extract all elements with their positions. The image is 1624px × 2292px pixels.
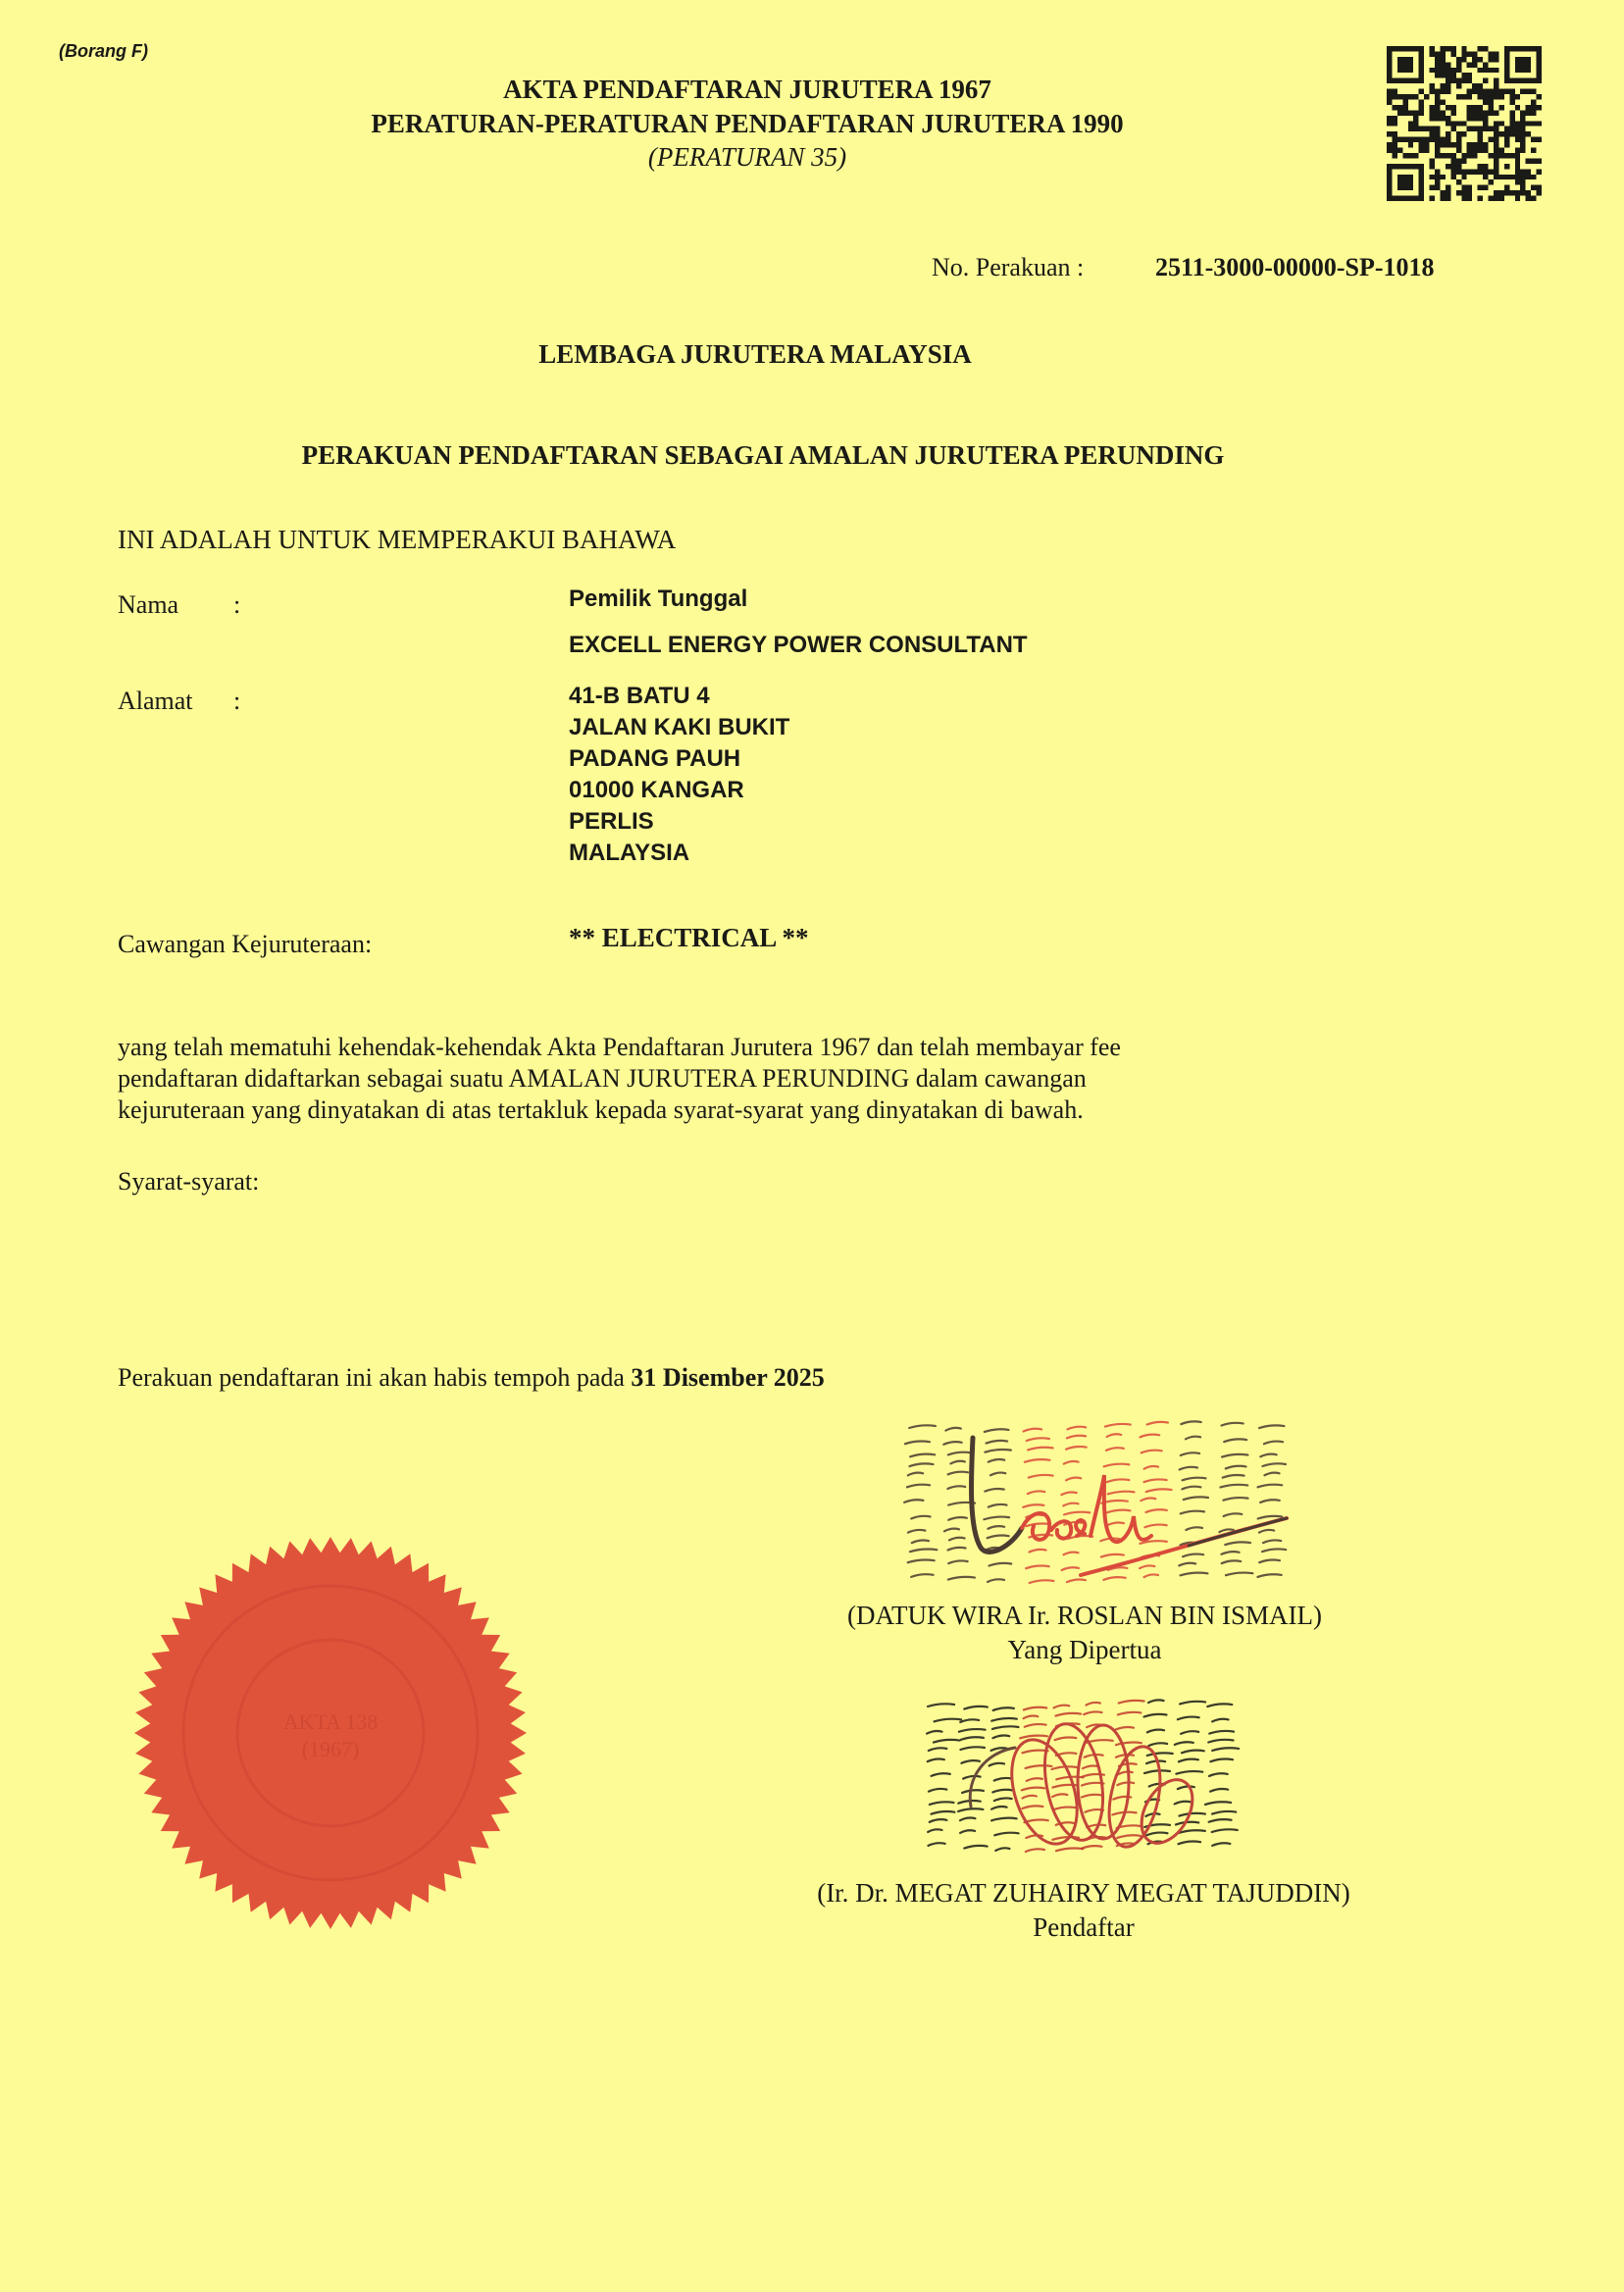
address-line: 01000 KANGAR: [569, 775, 789, 806]
conditions-label: Syarat-syarat:: [118, 1167, 259, 1197]
signature-icon: [917, 1699, 1245, 1856]
address-line: MALAYSIA: [569, 838, 789, 869]
signature-icon: [894, 1420, 1306, 1587]
address-block: 41-B BATU 4 JALAN KAKI BUKIT PADANG PAUH…: [569, 681, 789, 869]
certificate-number-label: No. Perakuan :: [932, 253, 1084, 282]
paragraph-line: pendaftaran didaftarkan sebagai suatu AM…: [118, 1063, 1121, 1095]
address-line: JALAN KAKI BUKIT: [569, 712, 789, 743]
qr-code-icon: [1387, 46, 1542, 201]
paragraph-line: kejuruteraan yang dinyatakan di atas ter…: [118, 1095, 1121, 1126]
intro-text: INI ADALAH UNTUK MEMPERAKUI BAHAWA: [118, 525, 676, 555]
act-title: AKTA PENDAFTARAN JURUTERA 1967: [0, 75, 1495, 105]
address-line: PADANG PAUH: [569, 743, 789, 775]
ownership-type: Pemilik Tunggal: [569, 586, 747, 613]
paragraph-line: yang telah mematuhi kehendak-kehendak Ak…: [118, 1032, 1121, 1063]
embossed-seal-icon: AKTA 138(1967): [129, 1532, 532, 1934]
regulations-title: PERATURAN-PERATURAN PENDAFTARAN JURUTERA…: [0, 109, 1495, 139]
form-label: (Borang F): [59, 41, 148, 62]
address-label: Alamat: [118, 687, 193, 716]
organisation-name: LEMBAGA JURUTERA MALAYSIA: [0, 339, 1510, 370]
certificate-number-value: 2511-3000-00000-SP-1018: [1155, 253, 1435, 282]
name-label: Nama: [118, 590, 178, 620]
compliance-paragraph: yang telah mematuhi kehendak-kehendak Ak…: [118, 1032, 1121, 1126]
name-colon: :: [233, 590, 240, 620]
address-line: PERLIS: [569, 806, 789, 838]
expiry-text: Perakuan pendaftaran ini akan habis temp…: [118, 1363, 631, 1392]
regulation-number: (PERATURAN 35): [0, 142, 1495, 173]
svg-text:(1967): (1967): [302, 1737, 360, 1761]
expiry-statement: Perakuan pendaftaran ini akan habis temp…: [118, 1363, 825, 1393]
branch-label: Cawangan Kejuruteraan:: [118, 930, 372, 959]
address-line: 41-B BATU 4: [569, 681, 789, 712]
certificate-title: PERAKUAN PENDAFTARAN SEBAGAI AMALAN JURU…: [0, 440, 1526, 471]
branch-value: ** ELECTRICAL **: [569, 923, 809, 953]
svg-text:AKTA 138: AKTA 138: [283, 1709, 379, 1734]
company-name: EXCELL ENERGY POWER CONSULTANT: [569, 632, 1028, 659]
expiry-date: 31 Disember 2025: [631, 1363, 824, 1392]
address-colon: :: [233, 687, 240, 716]
